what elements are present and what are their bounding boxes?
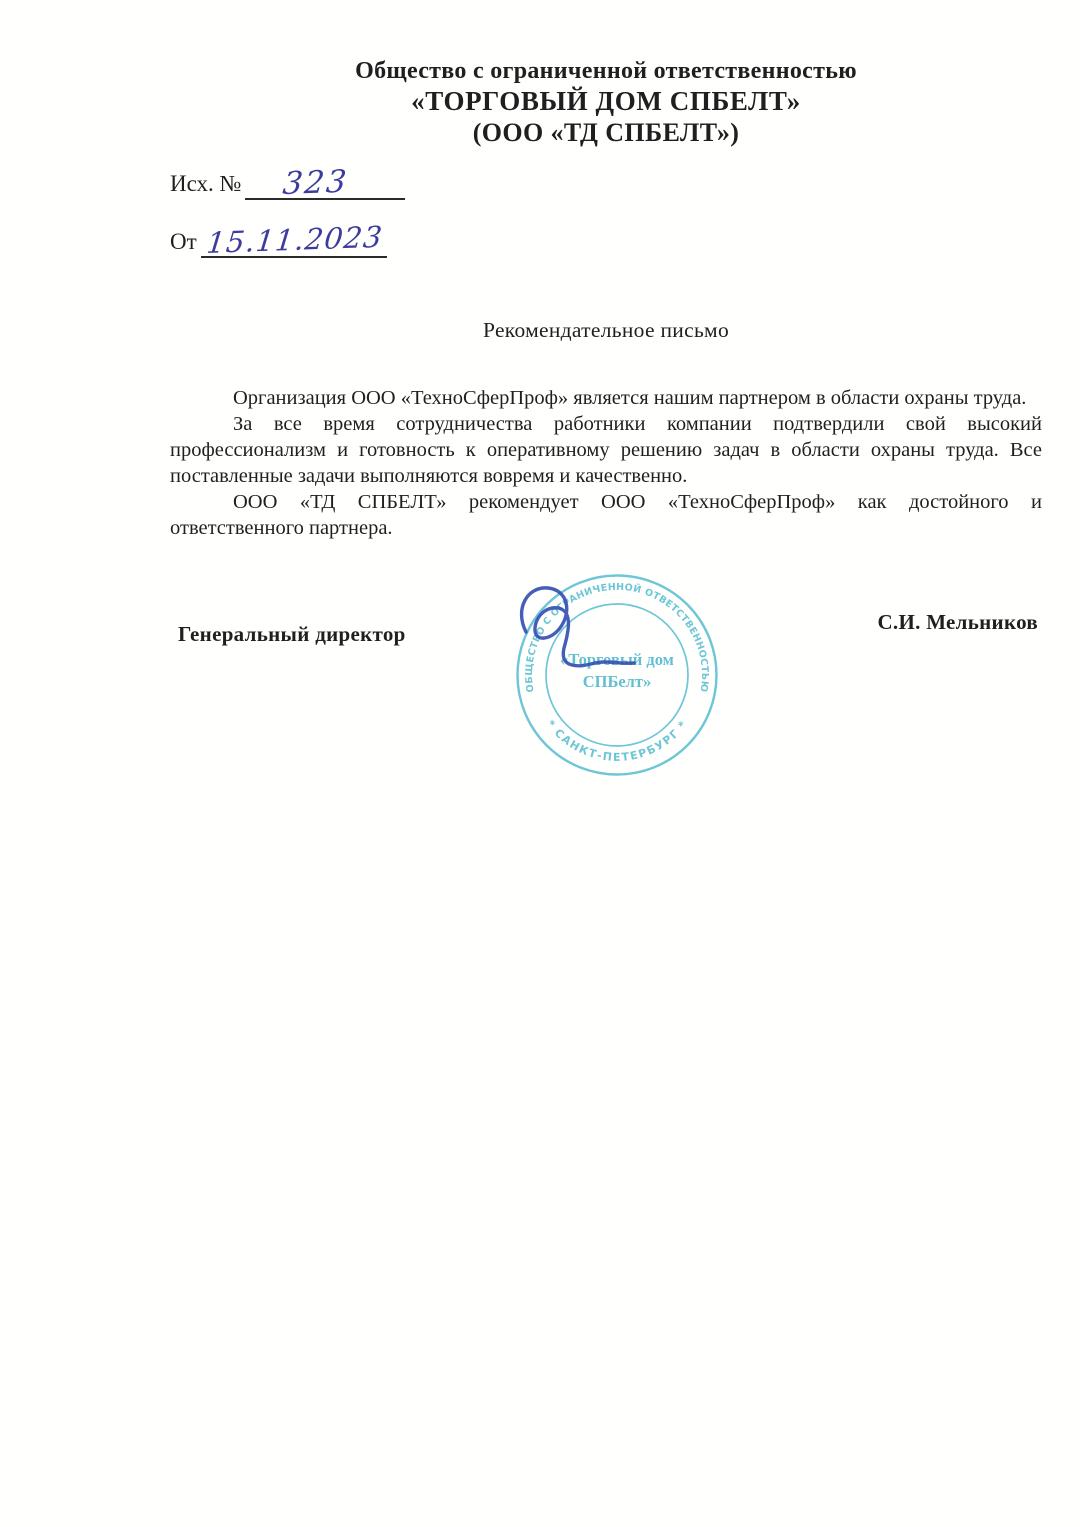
stamp-ink: ОБЩЕСТВО С ОГРАНИЧЕННОЙ ОТВЕТСТВЕННОСТЬЮ… (518, 576, 717, 775)
date-label: От (170, 226, 197, 258)
stamp-center-line2: СПБелт» (583, 672, 652, 691)
date-row: От15.11.2023 (170, 226, 405, 260)
signer-position: Генеральный директор (178, 622, 406, 647)
date-value: 15.11.2023 (205, 220, 385, 260)
company-legal-form: Общество с ограниченной ответственностью (170, 56, 1042, 86)
company-short-name: (ООО «ТД СПБЕЛТ») (170, 117, 1042, 148)
paragraph-3: ООО «ТД СПБЕЛТ» рекомендует ООО «ТехноСф… (170, 489, 1042, 541)
date-underline: 15.11.2023 (201, 226, 387, 258)
outgoing-number-underline: 323 (245, 168, 405, 200)
paragraph-1: Организация ООО «ТехноСферПроф» является… (170, 385, 1042, 411)
company-stamp: ОБЩЕСТВО С ОГРАНИЧЕННОЙ ОТВЕТСТВЕННОСТЬЮ… (510, 568, 724, 782)
outgoing-number-row: Исх. №323 (170, 168, 405, 202)
signer-name: С.И. Мельников (877, 610, 1038, 635)
paragraph-2: За все время сотрудничества работники ко… (170, 411, 1042, 489)
stamp-svg: ОБЩЕСТВО С ОГРАНИЧЕННОЙ ОТВЕТСТВЕННОСТЬЮ… (510, 568, 724, 782)
document-title: Рекомендательное письмо (170, 318, 1042, 343)
reference-block: Исх. №323 От15.11.2023 (170, 168, 405, 260)
letter-body: Организация ООО «ТехноСферПроф» является… (170, 385, 1042, 541)
outgoing-number-value: 323 (281, 164, 350, 202)
outgoing-number-label: Исх. № (170, 168, 241, 200)
company-name: «ТОРГОВЫЙ ДОМ СПБЕЛТ» (170, 86, 1042, 117)
letterhead: Общество с ограниченной ответственностью… (170, 56, 1042, 148)
document-page: Общество с ограниченной ответственностью… (0, 0, 1080, 1527)
